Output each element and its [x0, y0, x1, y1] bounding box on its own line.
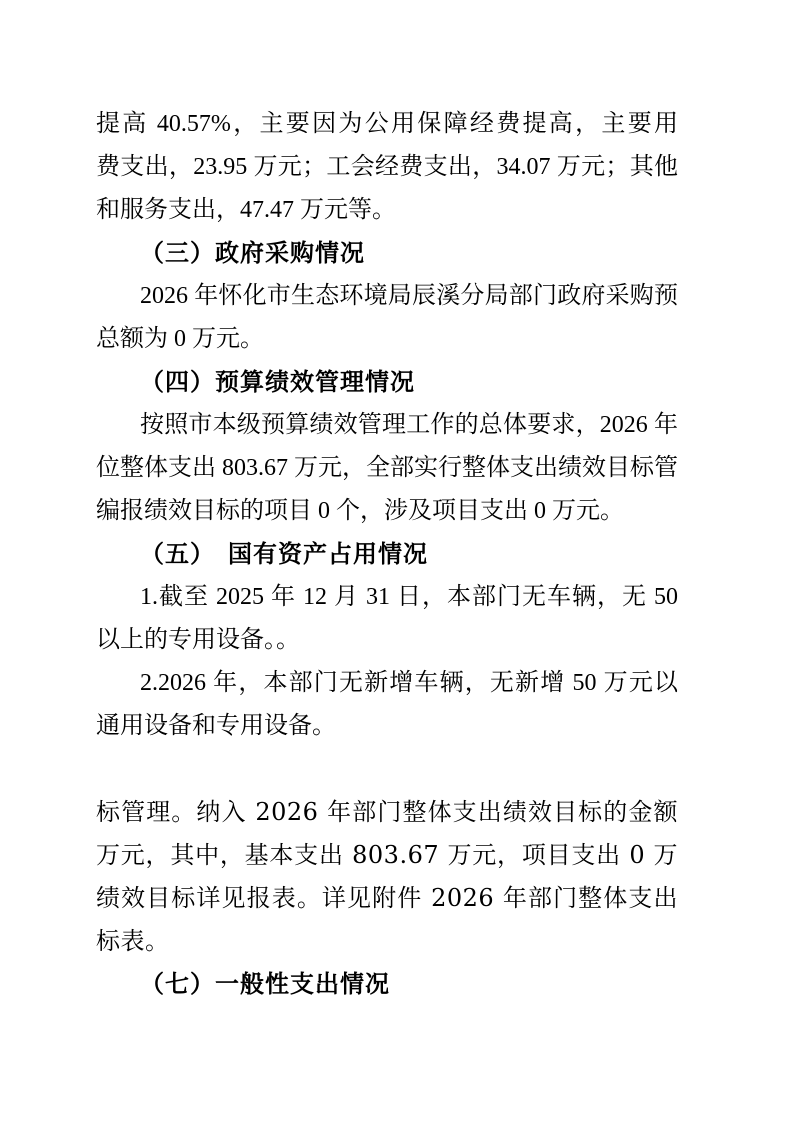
kaiti-line: （六）预算绩效目标说明：本部门所有支出实行绩效目	[96, 748, 678, 791]
body-line: 位整体支出 803.67 万元，全部实行整体支出绩效目标管理，	[96, 447, 678, 490]
section-heading-three: （三）政府采购情况	[96, 232, 678, 275]
body-line: 编报绩效目标的项目 0 个，涉及项目支出 0 万元。	[96, 490, 678, 533]
kaiti-line: 绩效目标详见报表。详见附件 2026 年部门整体支出绩效目	[96, 877, 678, 920]
body-line: 以上的专用设备。。	[96, 619, 678, 662]
body-line: 1.截至 2025 年 12 月 31 日，本部门无车辆，无 50 万元	[96, 576, 678, 619]
section-heading-four: （四）预算绩效管理情况	[96, 361, 678, 404]
body-line: 费支出，23.95 万元；工会经费支出，34.07 万元；其他商品	[96, 146, 678, 189]
section-heading-five: （五） 国有资产占用情况	[96, 533, 678, 576]
document-page: 提高 40.57%，主要因为公用保障经费提高，主要用于：办公 费支出，23.95…	[0, 0, 793, 1122]
body-line: 按照市本级预算绩效管理工作的总体要求，2026 年我单	[96, 404, 678, 447]
body-line: 2026 年怀化市生态环境局辰溪分局部门政府采购预算	[96, 275, 678, 318]
body-line: 2.2026 年，本部门无新增车辆，无新增 50 万元以上的	[96, 662, 678, 705]
body-line: 总额为 0 万元。	[96, 318, 678, 361]
body-line: 和服务支出，47.47 万元等。	[96, 189, 678, 232]
kaiti-line: 万元，其中，基本支出 803.67 万元，项目支出 0 万元。具体	[96, 834, 678, 877]
kaiti-line: 标管理。纳入 2026 年部门整体支出绩效目标的金额为 803.67	[96, 791, 678, 834]
body-line: 通用设备和专用设备。	[96, 705, 678, 748]
body-line: 提高 40.57%，主要因为公用保障经费提高，主要用于：办公	[96, 103, 678, 146]
document-body: 提高 40.57%，主要因为公用保障经费提高，主要用于：办公 费支出，23.95…	[96, 103, 678, 1006]
section-heading-seven: （七）一般性支出情况	[96, 963, 678, 1006]
kaiti-line: 标表。	[96, 920, 678, 963]
